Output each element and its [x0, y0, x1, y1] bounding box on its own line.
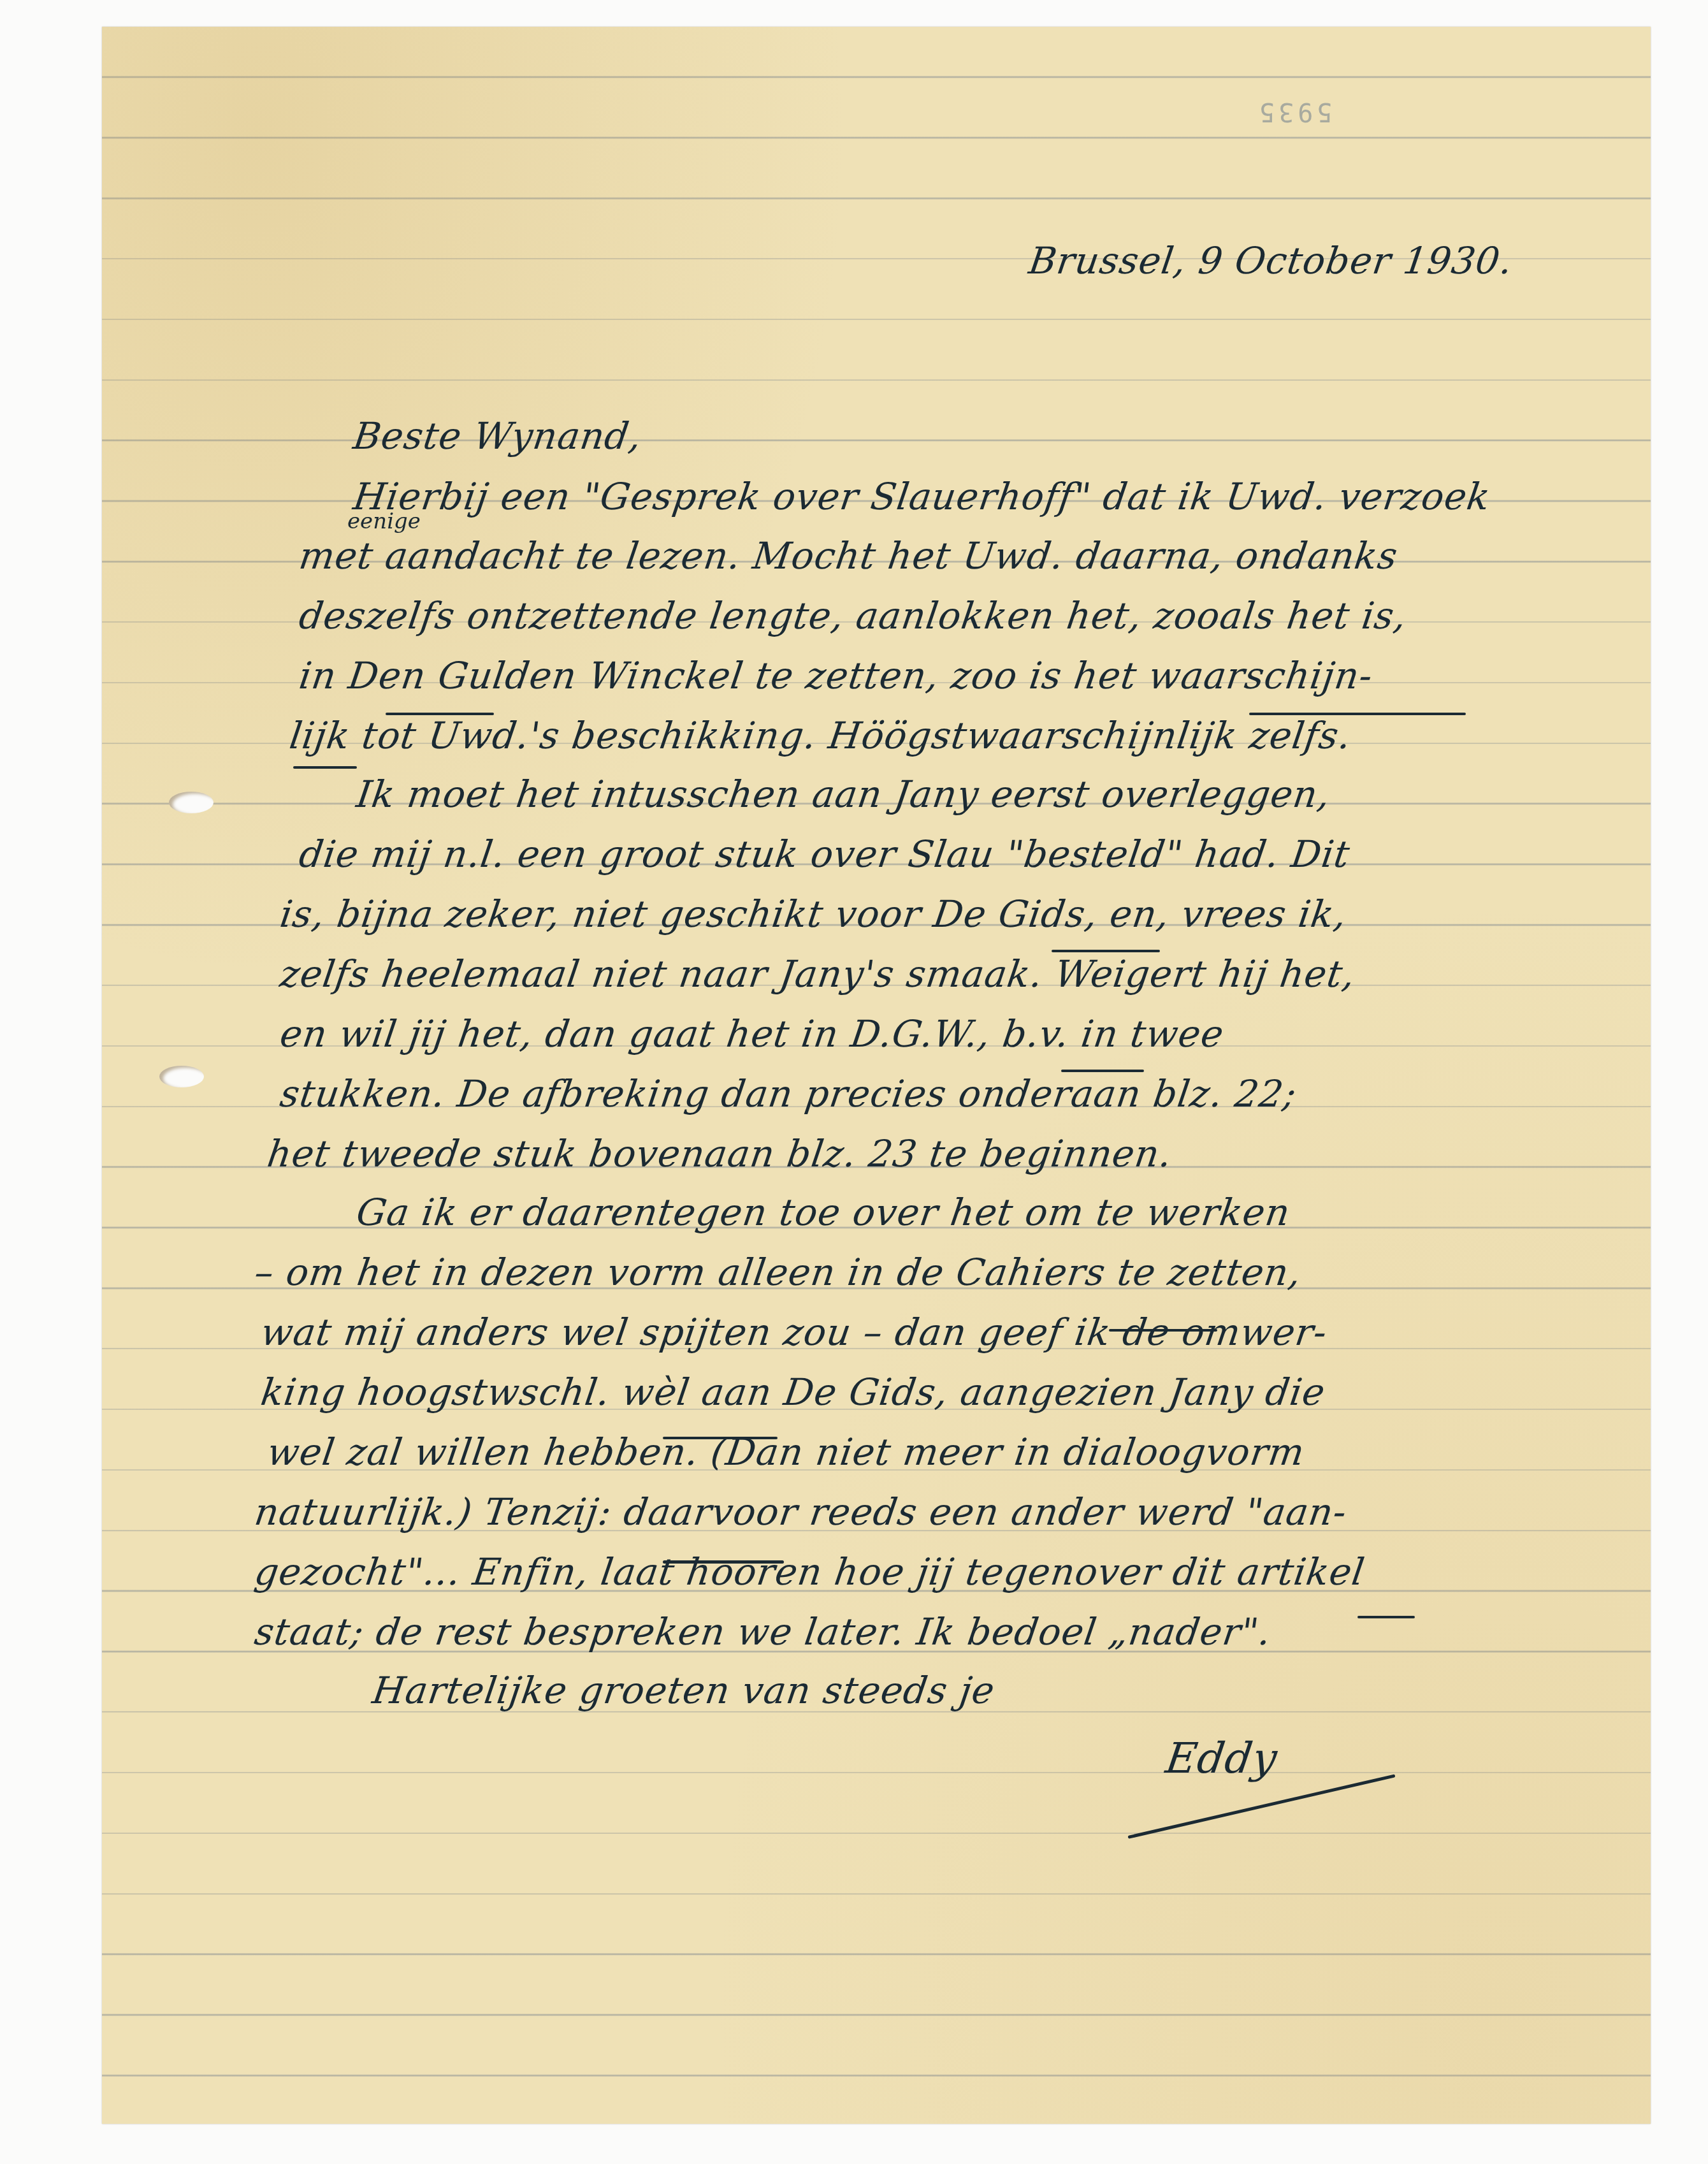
underline-de-gids-1: [1052, 950, 1160, 952]
body-line-14: – om het in dezen vorm alleen in de Cahi…: [252, 1251, 1304, 1294]
underline-de-gids-2: [663, 1437, 778, 1439]
salutation: Beste Wynand,: [351, 414, 644, 458]
body-line-18: natuurlijk.) Tenzij: daarvoor reeds een …: [252, 1490, 1349, 1534]
body-line-20: staat; de rest bespreken we later. Ik be…: [252, 1610, 1274, 1653]
closing: Hartelijke groeten van steeds je: [370, 1669, 997, 1712]
underline-cahiers: [1109, 1329, 1217, 1332]
underline-dgw: [1061, 1070, 1144, 1072]
body-line-4: in Den Gulden Winckel te zetten, zoo is …: [296, 654, 1375, 697]
body-line-13: Ga ik er daarentegen toe over het om te …: [354, 1191, 1293, 1234]
body-line-12: het tweede stuk bovenaan blz. 23 te begi…: [264, 1132, 1175, 1175]
body-line-2: met aandacht te lezen. Mocht het Uwd. da…: [296, 534, 1400, 577]
underline-dit: [1357, 1616, 1415, 1618]
body-line-11: stukken. De afbreking dan precies ondera…: [277, 1072, 1299, 1115]
signature: Eddy: [1163, 1734, 1281, 1783]
punch-hole-bottom: [159, 1066, 204, 1087]
body-line-19: gezocht"... Enfin, laat hooren hoe jij t…: [252, 1550, 1368, 1594]
body-line-1: Hierbij een "Gesprek over Slauerhoff" da…: [351, 475, 1493, 518]
underline-tenzij: [663, 1560, 784, 1564]
body-line-10: en wil jij het, dan gaat het in D.G.W., …: [277, 1012, 1227, 1056]
body-line-16: king hoogstwschl. wèl aan De Gids, aange…: [258, 1370, 1328, 1414]
body-line-7: die mij n.l. een groot stuk over Slau "b…: [296, 832, 1353, 876]
body-line-15: wat mij anders wel spijten zou – dan gee…: [258, 1311, 1330, 1354]
body-line-9: zelfs heelemaal niet naar Jany's smaak. …: [277, 952, 1358, 996]
body-line-5: lijk tot Uwd.'s beschikking. Höögstwaars…: [287, 714, 1354, 757]
underline-den-gulden-winckel: [386, 713, 494, 715]
underline-waarschijnlijk: [1249, 713, 1466, 715]
place-date: Brussel, 9 October 1930.: [1026, 239, 1516, 282]
archive-stamp: 5935: [1256, 97, 1332, 126]
body-line-3: deszelfs ontzettende lengte, aanlokken h…: [296, 594, 1410, 637]
body-line-17: wel zal willen hebben. (Dan niet meer in…: [264, 1430, 1307, 1474]
body-line-6: Ik moet het intusschen aan Jany eerst ov…: [354, 773, 1333, 816]
body-line-8: is, bijna zeker, niet geschikt voor De G…: [277, 892, 1350, 936]
punch-hole-top: [169, 792, 213, 813]
underline-lijk: [293, 766, 357, 769]
